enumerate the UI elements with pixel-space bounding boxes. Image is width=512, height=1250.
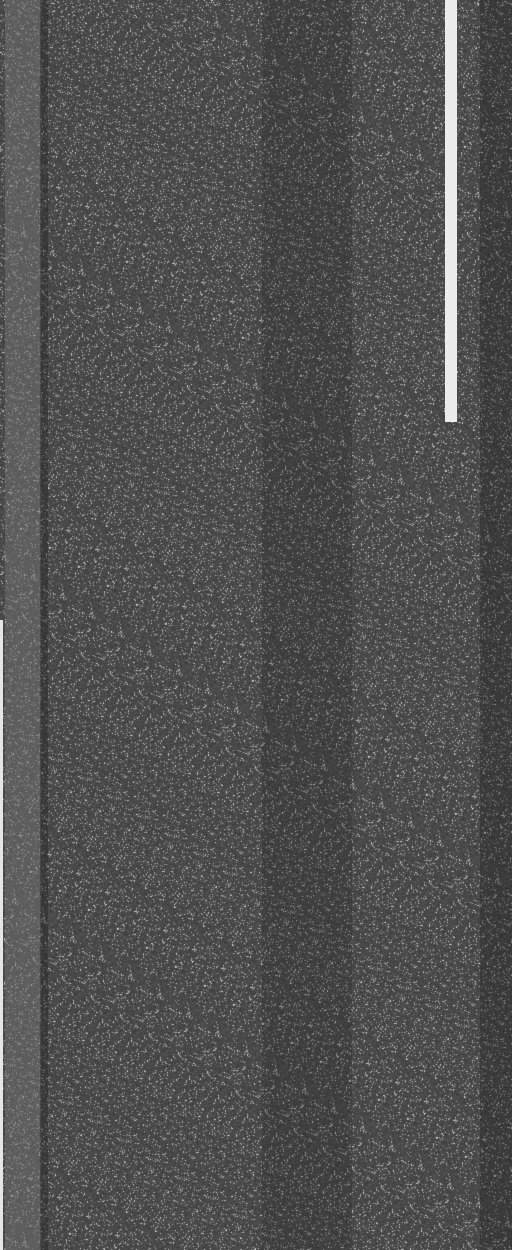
left-gutter: [40, 0, 48, 1250]
left-shoulder: [5, 0, 41, 1250]
right-strip: [480, 0, 512, 1250]
asphalt-texture: [0, 0, 512, 1250]
left-edge-line: [0, 620, 3, 1250]
center-dashed-line: [445, 0, 457, 422]
road-surface: [0, 0, 512, 1250]
center-wheel-track: [262, 0, 352, 1250]
